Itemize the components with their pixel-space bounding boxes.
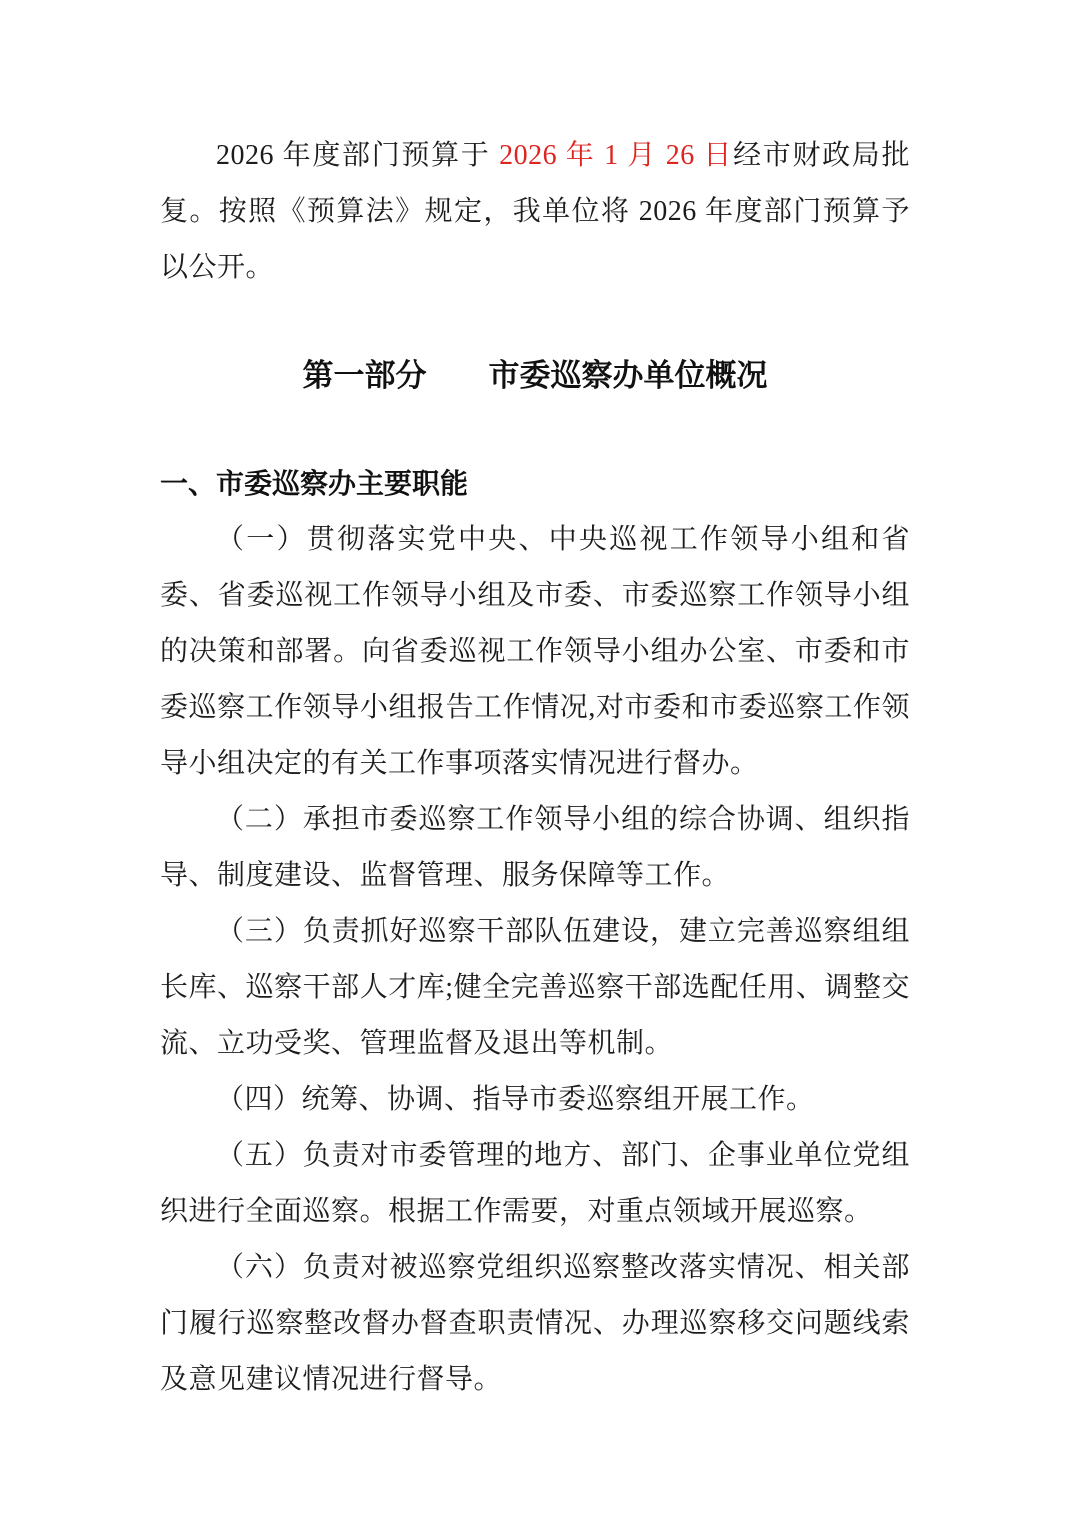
function-paragraph-3: （三）负责抓好巡察干部队伍建设，建立完善巡察组组长库、巡察干部人才库;健全完善巡…	[160, 904, 910, 1072]
document-page: 2026 年度部门预算于 2026 年 1 月 26 日经市财政局批复。按照《预…	[0, 0, 1074, 1520]
function-paragraph-1: （一）贯彻落实党中央、中央巡视工作领导小组和省委、省委巡视工作领导小组及市委、市…	[160, 512, 910, 792]
function-paragraph-2: （二）承担市委巡察工作领导小组的综合协调、组织指导、制度建设、监督管理、服务保障…	[160, 792, 910, 904]
intro-paragraph: 2026 年度部门预算于 2026 年 1 月 26 日经市财政局批复。按照《预…	[160, 128, 910, 296]
part-one-title: 第一部分 市委巡察办单位概况	[160, 348, 910, 404]
section-heading-main-functions: 一、市委巡察办主要职能	[160, 456, 910, 512]
function-paragraph-6: （六）负责对被巡察党组织巡察整改落实情况、相关部门履行巡察整改督办督查职责情况、…	[160, 1240, 910, 1408]
budget-approval-date: 2026 年 1 月 26 日	[499, 140, 733, 171]
intro-text-before-date: 2026 年度部门预算于	[216, 140, 499, 171]
function-paragraph-5: （五）负责对市委管理的地方、部门、企事业单位党组织进行全面巡察。根据工作需要，对…	[160, 1128, 910, 1240]
main-functions-list: （一）贯彻落实党中央、中央巡视工作领导小组和省委、省委巡视工作领导小组及市委、市…	[160, 512, 910, 1408]
function-paragraph-4: （四）统筹、协调、指导市委巡察组开展工作。	[160, 1072, 910, 1128]
